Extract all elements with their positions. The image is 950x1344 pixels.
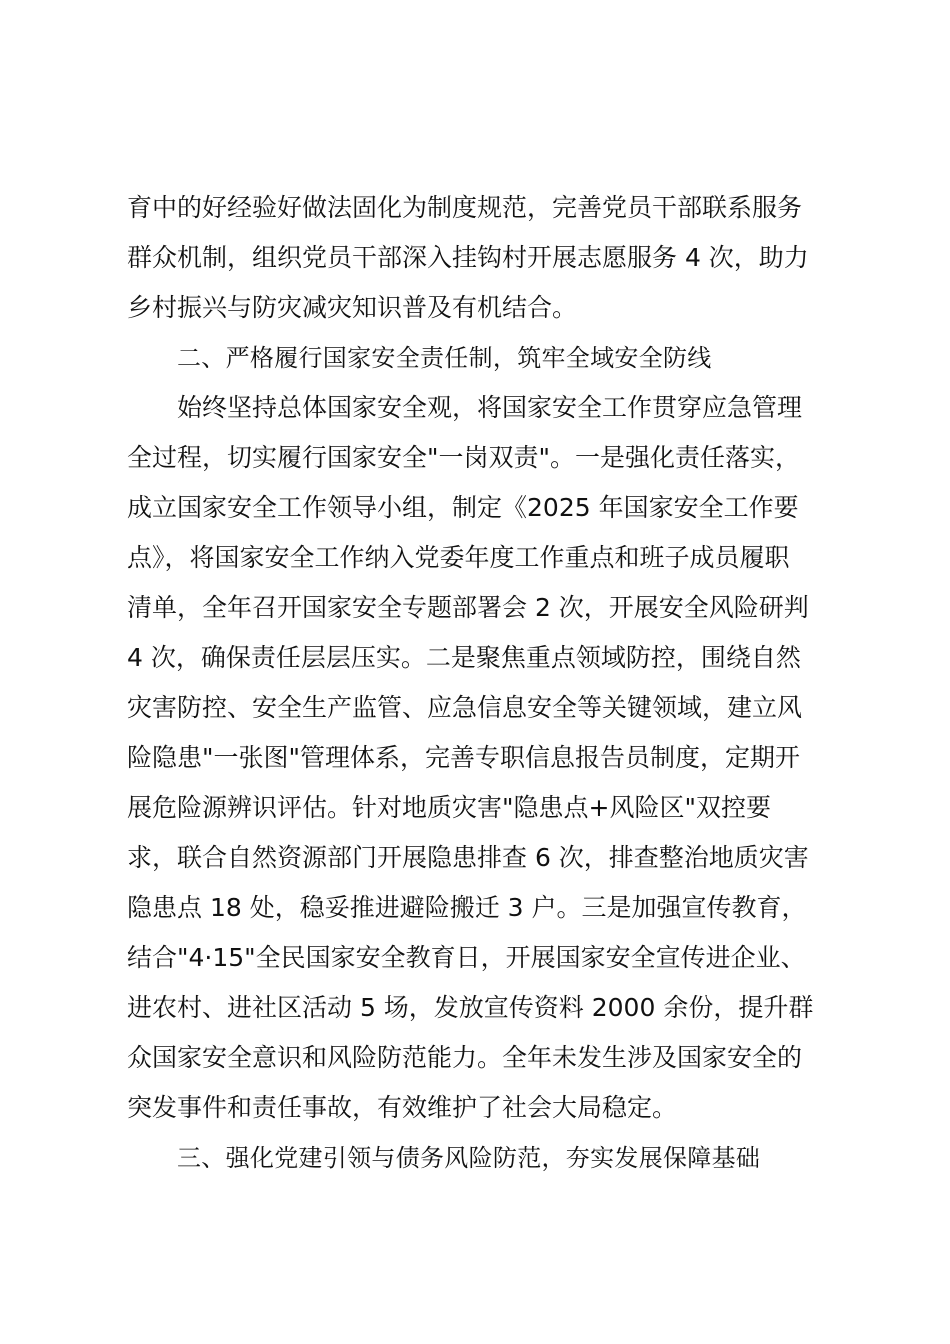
text-line: 清单，全年召开国家安全专题部署会 2 次，开展安全风险研判 xyxy=(127,583,832,633)
text-line: 突发事件和责任事故，有效维护了社会大局稳定。 xyxy=(127,1083,832,1133)
text-line: 点》，将国家安全工作纳入党委年度工作重点和班子成员履职 xyxy=(127,533,832,583)
document-body: 育中的好经验好做法固化为制度规范，完善党员干部联系服务 群众机制，组织党员干部深… xyxy=(127,183,832,1183)
section-heading-3: 三、强化党建引领与债务风险防范，夯实发展保障基础 xyxy=(127,1133,832,1183)
section-2-paragraph: 始终坚持总体国家安全观，将国家安全工作贯穿应急管理 全过程，切实履行国家安全"一… xyxy=(127,383,832,1133)
text-line: 乡村振兴与防灾减灾知识普及有机结合。 xyxy=(127,283,832,333)
text-line: 群众机制，组织党员干部深入挂钩村开展志愿服务 4 次，助力 xyxy=(127,233,832,283)
text-line: 结合"4·15"全民国家安全教育日，开展国家安全宣传进企业、 xyxy=(127,933,832,983)
text-line: 求，联合自然资源部门开展隐患排查 6 次，排查整治地质灾害 xyxy=(127,833,832,883)
text-line: 险隐患"一张图"管理体系，完善专职信息报告员制度，定期开 xyxy=(127,733,832,783)
text-line: 隐患点 18 处，稳妥推进避险搬迁 3 户。三是加强宣传教育， xyxy=(127,883,832,933)
text-line: 全过程，切实履行国家安全"一岗双责"。一是强化责任落实， xyxy=(127,433,832,483)
text-line: 4 次，确保责任层层压实。二是聚焦重点领域防控，围绕自然 xyxy=(127,633,832,683)
text-line: 成立国家安全工作领导小组，制定《2025 年国家安全工作要 xyxy=(127,483,832,533)
text-line: 众国家安全意识和风险防范能力。全年未发生涉及国家安全的 xyxy=(127,1033,832,1083)
text-line: 展危险源辨识评估。针对地质灾害"隐患点+风险区"双控要 xyxy=(127,783,832,833)
text-line: 灾害防控、安全生产监管、应急信息安全等关键领域，建立风 xyxy=(127,683,832,733)
text-line: 育中的好经验好做法固化为制度规范，完善党员干部联系服务 xyxy=(127,183,832,233)
section-heading-2: 二、严格履行国家安全责任制，筑牢全域安全防线 xyxy=(127,333,832,383)
text-line: 始终坚持总体国家安全观，将国家安全工作贯穿应急管理 xyxy=(127,383,832,433)
document-page: 育中的好经验好做法固化为制度规范，完善党员干部联系服务 群众机制，组织党员干部深… xyxy=(0,0,950,1344)
paragraph-continuation: 育中的好经验好做法固化为制度规范，完善党员干部联系服务 群众机制，组织党员干部深… xyxy=(127,183,832,333)
text-line: 进农村、进社区活动 5 场，发放宣传资料 2000 余份，提升群 xyxy=(127,983,832,1033)
